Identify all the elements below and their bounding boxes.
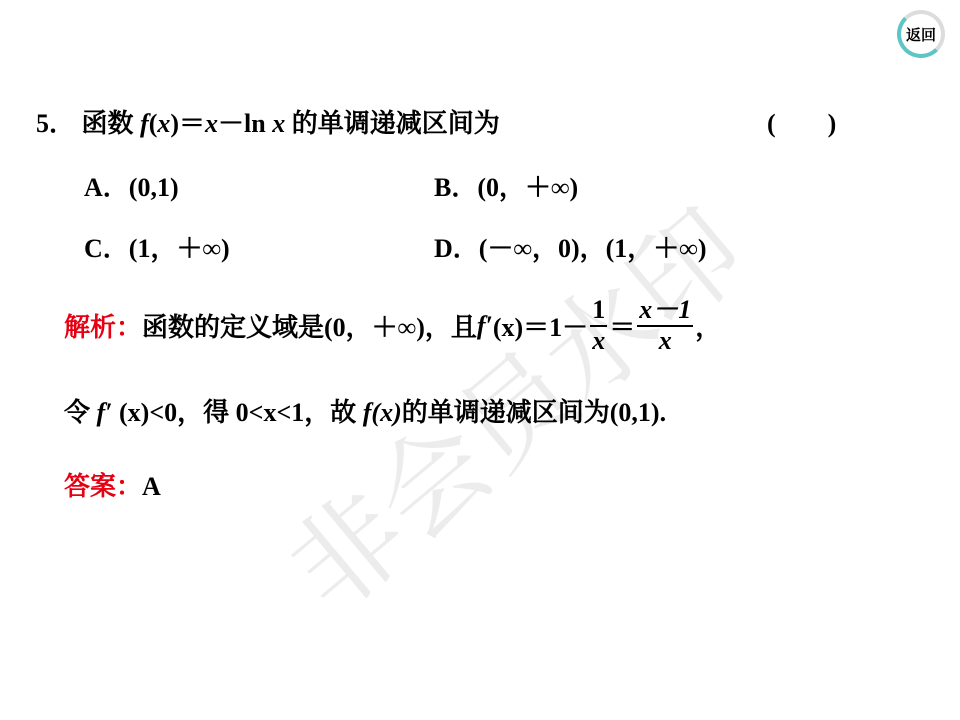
answer-value: A <box>142 472 161 501</box>
analysis-line-1: 解析： 函数的定义域是(0，＋∞)，且 f′ (x)＝1－ 1x ＝ x－1x … <box>64 296 721 355</box>
fraction-2: x－1x <box>637 296 693 355</box>
fraction-1: 1x <box>590 296 607 355</box>
answer-label: 答案： <box>64 472 142 501</box>
back-button[interactable]: 返回 <box>897 10 945 58</box>
option-b: B．(0，＋∞) <box>434 167 578 204</box>
option-c: C．(1，＋∞) <box>84 228 230 265</box>
option-d: D．(－∞，0)，(1，＋∞) <box>434 228 707 265</box>
answer-line: 答案：A <box>64 466 161 503</box>
option-a: A．(0,1) <box>84 167 179 204</box>
question-stem: 5． 函数 f(x)＝x－ln x 的单调递减区间为 <box>36 103 500 140</box>
answer-blank: ( ) <box>767 103 836 140</box>
analysis-label: 解析： <box>64 307 142 344</box>
analysis-line-2: 令 f′ (x)<0，得 0<x<1，故 f(x)的单调递减区间为(0,1). <box>64 392 666 429</box>
